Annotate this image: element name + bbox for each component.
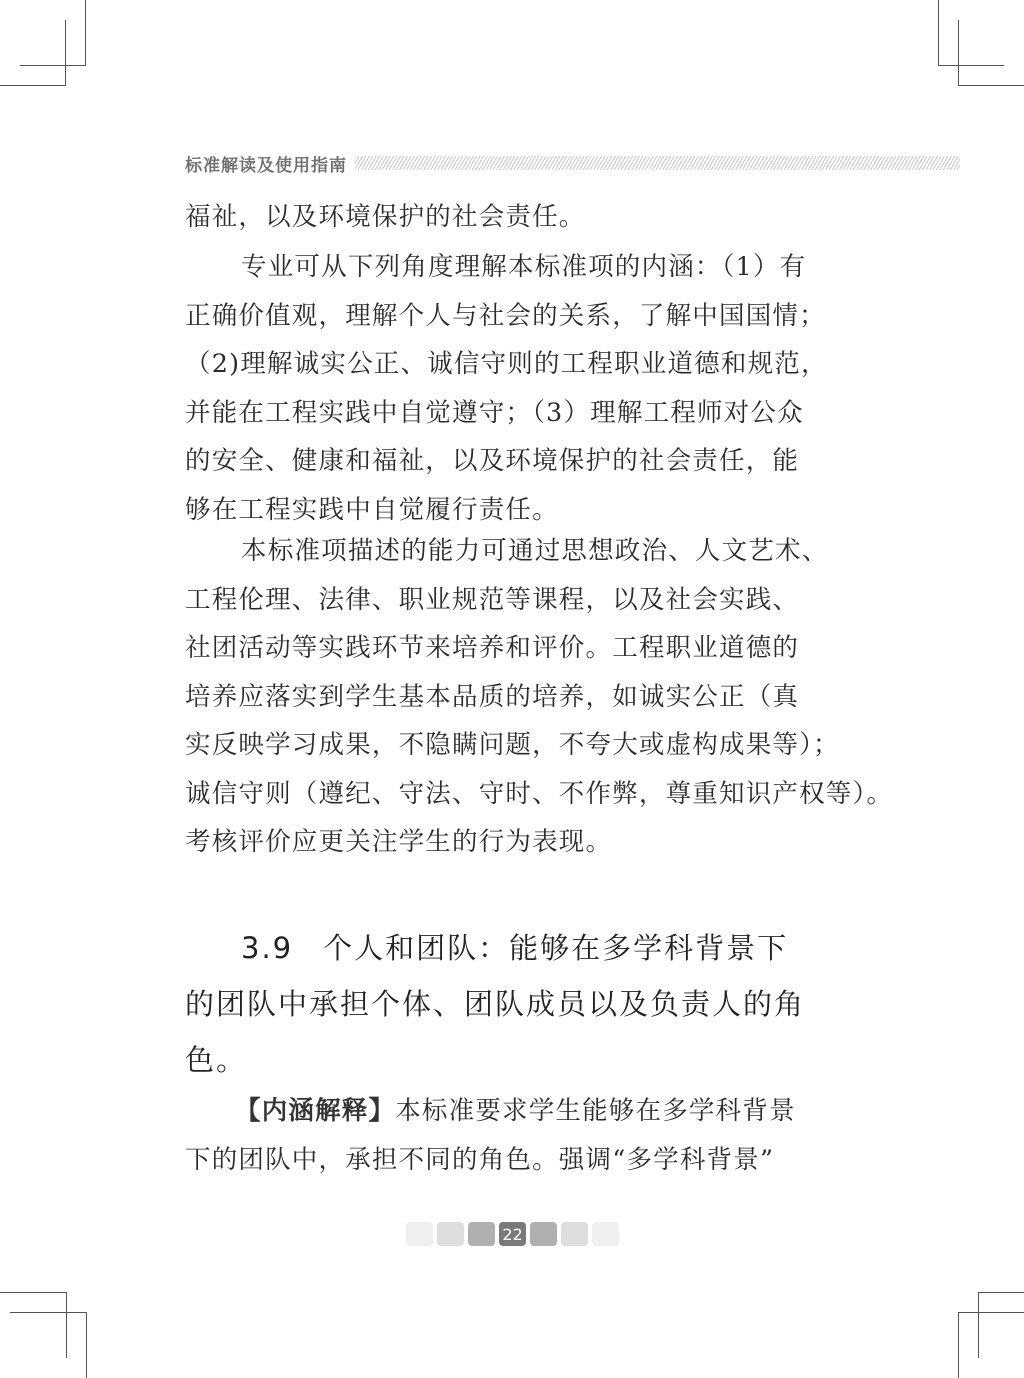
text-line: 本标准要求学生能够在多学科背景 <box>395 1096 796 1126</box>
text-line: 社团活动等实践环节来培养和评价。工程职业道德的 <box>185 624 840 673</box>
paragraph-connotation-aspects: 专业可从下列角度理解本标准项的内涵：（1）有 正确价值观，理解个人与社会的关系，… <box>185 243 840 534</box>
crop-mark-bl-v2 <box>86 1312 87 1378</box>
text-line: （2)理解诚实公正、诚信守则的工程职业道德和规范， <box>185 340 840 389</box>
crop-mark-bl-v1 <box>66 1292 67 1358</box>
text-line: 诚信守则（遵纪、守法、守时、不作弊，尊重知识产权等）。 <box>185 770 840 819</box>
pager-block <box>437 1222 464 1246</box>
text-line: 专业可从下列角度理解本标准项的内涵：（1）有 <box>185 243 840 292</box>
text-line: 下的团队中，承担不同的角色。强调“多学科背景” <box>185 1136 840 1185</box>
paragraph-cultivation: 本标准项描述的能力可通过思想政治、人文艺术、 工程伦理、法律、职业规范等课程，以… <box>185 527 840 867</box>
text-line: 本标准项描述的能力可通过思想政治、人文艺术、 <box>185 527 840 576</box>
section-title-line: 色。 <box>185 1032 840 1088</box>
text-line: 并能在工程实践中自觉遵守；（3）理解工程师对公众 <box>185 389 840 438</box>
text-line: 培养应落实到学生基本品质的培养，如诚实公正（真 <box>185 673 840 722</box>
running-header-title: 标准解读及使用指南 <box>185 151 347 176</box>
crop-mark-tr-h1 <box>938 65 1004 66</box>
section-heading: 3.9个人和团队：能够在多学科背景下 的团队中承担个体、团队成员以及负责人的角 … <box>185 920 840 1088</box>
pager-block <box>561 1222 588 1246</box>
crop-mark-br-v2 <box>958 1312 959 1378</box>
crop-mark-br-h1 <box>978 1292 1024 1293</box>
pager-block <box>468 1222 495 1246</box>
text-line: 考核评价应更关注学生的行为表现。 <box>185 818 840 867</box>
crop-mark-tr-v2 <box>958 20 959 86</box>
current-page-number: 22 <box>499 1222 526 1246</box>
crop-mark-tl-h1 <box>20 65 86 66</box>
page-number-indicator: 22 <box>406 1222 619 1246</box>
section-number: 3.9 <box>241 931 293 965</box>
crop-mark-tl-v2 <box>65 20 66 86</box>
header-hatch-rule <box>355 156 960 170</box>
crop-mark-tl-v1 <box>85 0 86 66</box>
pager-block <box>592 1222 619 1246</box>
crop-mark-bl-h1 <box>0 1292 67 1293</box>
crop-mark-bl-h2 <box>10 1312 87 1313</box>
section-title-line: 个人和团队：能够在多学科背景下 <box>323 931 788 965</box>
text-line: 工程伦理、法律、职业规范等课程，以及社会实践、 <box>185 576 840 625</box>
text-line: 实反映学习成果，不隐瞒问题，不夸大或虚构成果等）； <box>185 721 840 770</box>
crop-mark-br-h2 <box>958 1312 1024 1313</box>
crop-mark-tr-v1 <box>938 0 939 66</box>
section-title-line: 的团队中承担个体、团队成员以及负责人的角 <box>185 976 840 1032</box>
pager-block <box>530 1222 557 1246</box>
pager-block <box>406 1222 433 1246</box>
paragraph-explanation: 【内涵解释】本标准要求学生能够在多学科背景 下的团队中，承担不同的角色。强调“多… <box>185 1087 840 1184</box>
text-line: 正确价值观，理解个人与社会的关系，了解中国国情； <box>185 292 840 341</box>
text-line: 福祉，以及环境保护的社会责任。 <box>185 193 840 242</box>
text-line: 的安全、健康和福祉，以及环境保护的社会责任，能 <box>185 437 840 486</box>
crop-mark-br-v1 <box>978 1292 979 1358</box>
crop-mark-tr-h2 <box>958 85 1024 86</box>
paragraph-continuation: 福祉，以及环境保护的社会责任。 <box>185 193 840 242</box>
explanation-tag: 【内涵解释】 <box>235 1096 395 1126</box>
crop-mark-tl-h2 <box>0 85 66 86</box>
running-header: 标准解读及使用指南 <box>185 150 960 176</box>
